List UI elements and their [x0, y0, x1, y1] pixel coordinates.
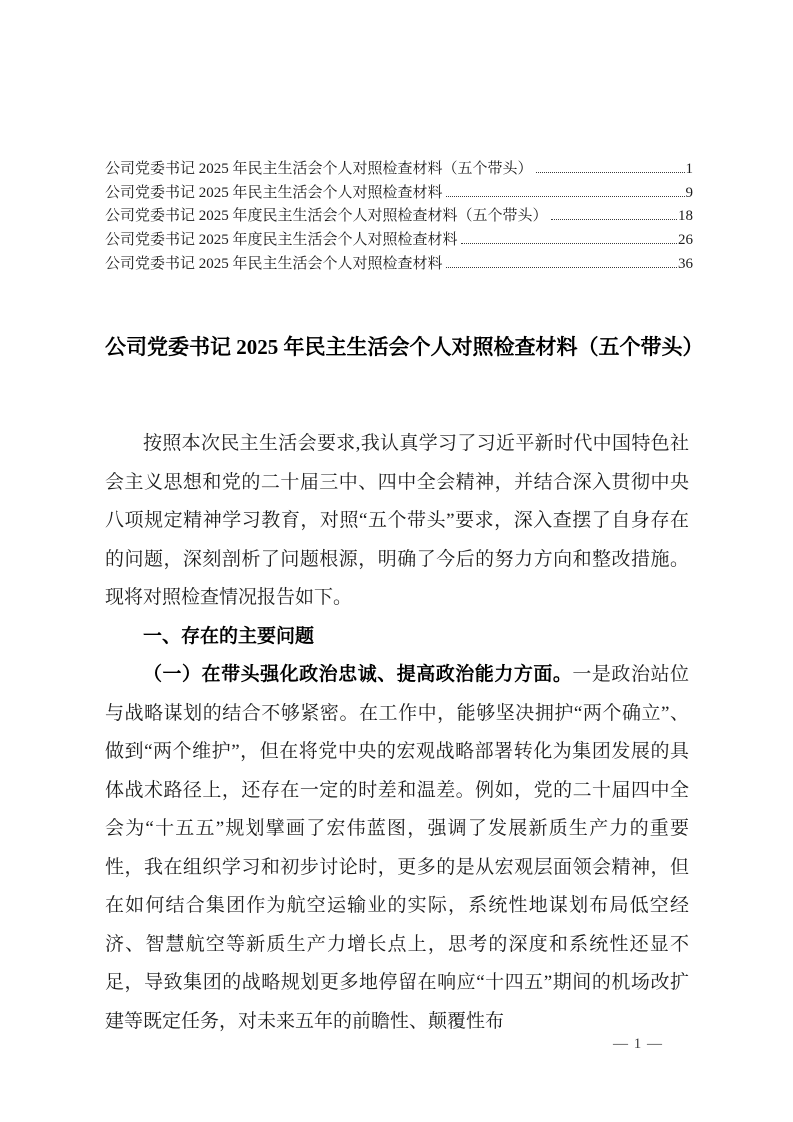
- section1-heading: 一、存在的主要问题: [105, 618, 689, 657]
- toc-entry[interactable]: 公司党委书记 2025 年民主生活会个人对照检查材料（五个带头） 1: [105, 158, 693, 182]
- item1-body-text: 一是政治站位与战略谋划的结合不够紧密。在工作中，能够坚决拥护“两个确立”、做到“…: [105, 664, 689, 1032]
- toc-entry-title: 公司党委书记 2025 年度民主生活会个人对照检查材料（五个带头）: [105, 205, 548, 229]
- toc-entry-page: 18: [678, 205, 693, 229]
- toc-entry[interactable]: 公司党委书记 2025 年度民主生活会个人对照检查材料 26: [105, 229, 693, 253]
- toc-dot-leader: [446, 196, 685, 197]
- section1-item1-paragraph: （一）在带头强化政治忠诚、提高政治能力方面。一是政治站位与战略谋划的结合不够紧密…: [105, 656, 689, 1041]
- table-of-contents: 公司党委书记 2025 年民主生活会个人对照检查材料（五个带头） 1 公司党委书…: [105, 158, 693, 277]
- intro-paragraph: 按照本次民主生活会要求,我认真学习了习近平新时代中国特色社会主义思想和党的二十届…: [105, 425, 689, 618]
- toc-dot-leader: [461, 243, 677, 244]
- toc-entry-title: 公司党委书记 2025 年民主生活会个人对照检查材料: [105, 182, 443, 206]
- toc-entry[interactable]: 公司党委书记 2025 年度民主生活会个人对照检查材料（五个带头） 18: [105, 205, 693, 229]
- toc-entry-title: 公司党委书记 2025 年民主生活会个人对照检查材料: [105, 253, 443, 277]
- toc-entry[interactable]: 公司党委书记 2025 年民主生活会个人对照检查材料 36: [105, 253, 693, 277]
- document-body: 按照本次民主生活会要求,我认真学习了习近平新时代中国特色社会主义思想和党的二十届…: [105, 425, 689, 1041]
- document-page: 公司党委书记 2025 年民主生活会个人对照检查材料（五个带头） 1 公司党委书…: [0, 0, 793, 1122]
- toc-entry-page: 26: [678, 229, 693, 253]
- toc-entry-page: 9: [686, 182, 694, 206]
- document-title: 公司党委书记 2025 年民主生活会个人对照检查材料（五个带头）: [105, 332, 693, 362]
- toc-entry[interactable]: 公司党委书记 2025 年民主生活会个人对照检查材料 9: [105, 182, 693, 206]
- item1-lead: （一）在带头强化政治忠诚、提高政治能力方面。: [143, 664, 572, 685]
- page-number: — 1 —: [613, 1034, 663, 1054]
- toc-dot-leader: [551, 219, 677, 220]
- toc-entry-page: 1: [686, 158, 694, 182]
- toc-dot-leader: [446, 267, 677, 268]
- toc-dot-leader: [536, 172, 685, 173]
- toc-entry-page: 36: [678, 253, 693, 277]
- toc-entry-title: 公司党委书记 2025 年度民主生活会个人对照检查材料: [105, 229, 458, 253]
- toc-entry-title: 公司党委书记 2025 年民主生活会个人对照检查材料（五个带头）: [105, 158, 533, 182]
